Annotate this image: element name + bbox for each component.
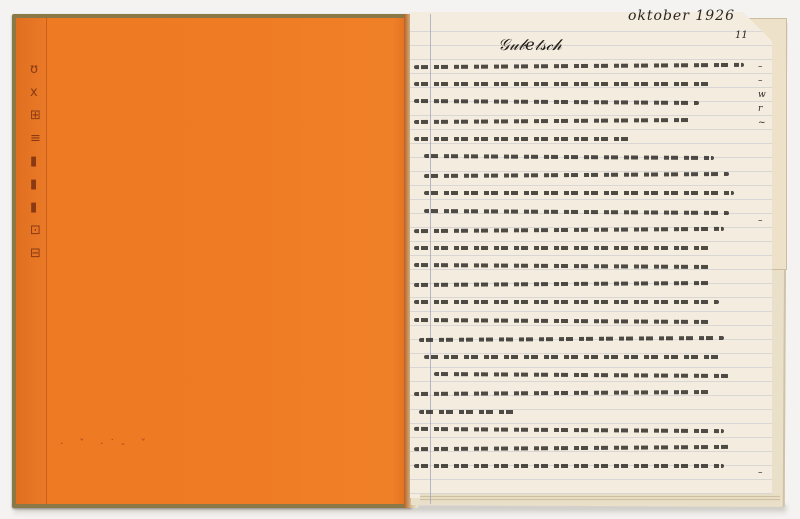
hinge-marks: ʊ x ⊞ ≡ ▮ ▮ ▮ ⊡ ⊟ [30, 58, 44, 358]
ink-stroke [414, 464, 724, 468]
handwritten-line [414, 331, 754, 349]
ink-stroke [414, 118, 694, 124]
ink-stroke [414, 227, 724, 233]
left-orange-page [16, 18, 412, 504]
entry-date: oktober 1926 [628, 8, 735, 24]
ink-stroke [424, 208, 729, 214]
handwritten-line [414, 294, 754, 312]
photo-scene: ʊ x ⊞ ≡ ▮ ▮ ▮ ⊡ ⊟ · ˇ ·˙- ˇ oktober 1926… [0, 0, 800, 519]
margin-notes: – – w r ~ – – [758, 60, 782, 480]
handwritten-line [414, 422, 754, 440]
handwritten-line [414, 131, 754, 149]
handwritten-line [414, 276, 754, 294]
ink-stroke [414, 445, 734, 451]
handwritten-line [414, 313, 754, 331]
page-edges [420, 494, 780, 502]
ink-stroke [414, 427, 724, 433]
page-number: 11 [735, 30, 748, 41]
ink-stroke [414, 318, 714, 324]
ink-stroke [414, 99, 699, 105]
entry-heading: 𝒢𝓊𝒷𝑒𝓉𝓈𝒸𝒽 [498, 35, 562, 55]
handwritten-line [414, 440, 754, 458]
ink-stroke [434, 372, 729, 378]
handwritten-line [414, 94, 754, 112]
ink-stroke [419, 336, 724, 342]
ink-stroke [414, 137, 634, 141]
ink-stroke [424, 191, 734, 195]
handwritten-line [414, 458, 754, 476]
handwritten-line [414, 149, 754, 167]
ink-stroke [419, 410, 519, 414]
ink-stroke [414, 263, 714, 269]
handwritten-line [414, 204, 754, 222]
ink-stroke [414, 281, 714, 287]
handwritten-line [414, 476, 754, 494]
ink-stroke [424, 355, 724, 359]
handwritten-line [414, 58, 754, 76]
ink-stroke [414, 246, 714, 250]
handwritten-line [414, 240, 754, 258]
handwritten-line [414, 113, 754, 131]
handwritten-line [414, 258, 754, 276]
handwritten-line [414, 222, 754, 240]
ink-stroke [424, 154, 714, 160]
ink-stroke [414, 390, 714, 396]
handwritten-line [414, 404, 754, 422]
handwritten-line [414, 349, 754, 367]
ink-speckles: · ˇ ·˙- ˇ [60, 437, 152, 450]
handwritten-line [414, 167, 754, 185]
ink-stroke [414, 300, 719, 304]
handwritten-line [414, 385, 754, 403]
handwritten-line [414, 76, 754, 94]
ink-stroke [414, 82, 714, 86]
ink-stroke [424, 172, 729, 178]
handwritten-text-block [414, 58, 754, 495]
ink-stroke [414, 63, 744, 69]
handwritten-line [414, 185, 754, 203]
handwritten-line [414, 367, 754, 385]
